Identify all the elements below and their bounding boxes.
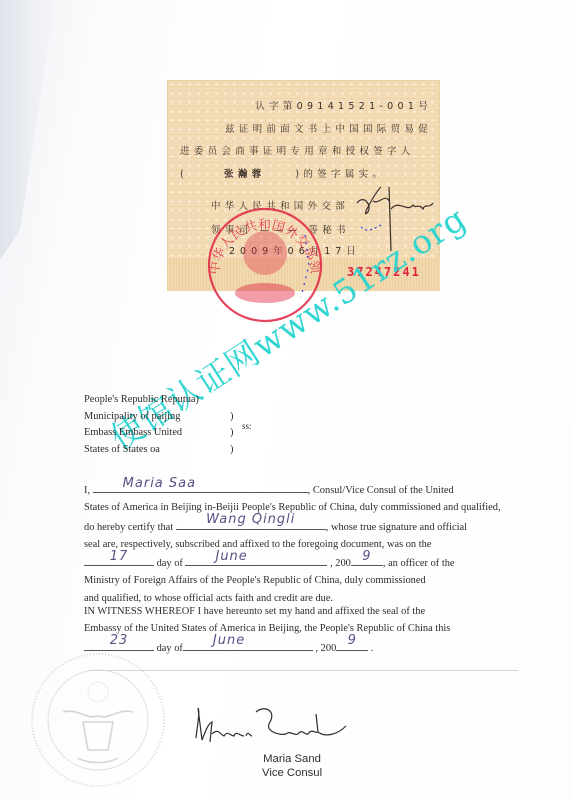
official-name-handwritten: Wang Qingli — [176, 511, 326, 528]
cert-line-3-tail: , whose true signature and official — [326, 522, 467, 533]
month-handwritten: June — [215, 548, 327, 565]
certificate-text-line-2: 兹证明前面文书上中国国际贸易促 — [225, 121, 432, 135]
venue-embassy: Embass Embass United — [84, 427, 182, 438]
month-field: June — [185, 553, 327, 566]
official-name-field: Wang Qingli — [176, 517, 326, 530]
witness-line-1: IN WITNESS WHEREOF I have hereunto set m… — [84, 603, 546, 620]
year-prefix: , 200 — [330, 558, 351, 569]
venue-row: Embass Embass United) — [84, 425, 199, 442]
certificate-line-4-rest: )的签字属实。 — [295, 166, 386, 180]
year-digit-field: 9 — [351, 553, 383, 566]
cert-line-5: 17 day of June , 2009, an officer of the — [84, 553, 546, 572]
witness-paragraph: IN WITNESS WHEREOF I have hereunto set m… — [84, 603, 546, 657]
year-digit-handwritten: 9 — [351, 548, 383, 565]
venue-country: People's Republic Reputua) — [84, 394, 199, 405]
venue-row: Municipality of paijing)ss: — [84, 409, 199, 426]
day-of-label: day of — [157, 558, 183, 569]
cert-line-3-head: do hereby certify that — [84, 522, 173, 533]
us-embassy-seal-icon — [28, 650, 168, 790]
witness-month-field: June — [183, 638, 313, 651]
certificate-text-line-3: 进委员会商事证明专用章和授权签字人 — [180, 143, 415, 157]
venue-block: People's Republic Reputua) Municipality … — [84, 392, 199, 458]
venue-row: States of States oa) — [84, 442, 199, 459]
venue-bracket: ) — [230, 409, 233, 426]
certificate-text-line-4: (张瀚蓉)的签字属实。 — [180, 166, 386, 180]
cert-line-1: I, Maria Saa, Consul/Vice Consul of the … — [84, 480, 546, 499]
signer-name: Maria Sand — [262, 752, 322, 766]
cert-line-6: Ministry of Foreign Affairs of the Peopl… — [84, 572, 546, 589]
signer-block: Maria Sand Vice Consul — [262, 752, 322, 780]
consul-name-handwritten: Maria Saa — [123, 475, 308, 492]
cert-line-3: do hereby certify that Wang Qingli, whos… — [84, 517, 546, 536]
consul-name-field: Maria Saa — [93, 480, 308, 493]
venue-row: People's Republic Reputua) — [84, 392, 199, 409]
vice-consul-signature — [190, 700, 350, 750]
certificate-reference-number: 认字第09141521-001号 — [255, 98, 432, 112]
witness-year-digit-handwritten: 9 — [336, 632, 368, 649]
consular-certification: People's Republic Reputua) Municipality … — [60, 380, 550, 680]
venue-states: States of States oa — [84, 444, 160, 455]
witness-year-prefix: , 200 — [315, 643, 336, 654]
intro-word: I, — [84, 485, 90, 496]
venue-ss: ss: — [242, 418, 252, 435]
signatory-name: 张瀚蓉 — [224, 166, 265, 180]
witness-year-digit-field: 9 — [336, 638, 368, 651]
day-handwritten: 17 — [84, 548, 154, 565]
open-paren: ( — [180, 169, 188, 180]
certification-paragraph: I, Maria Saa, Consul/Vice Consul of the … — [84, 480, 546, 607]
venue-municipality: Municipality of paijing — [84, 411, 180, 422]
witness-month-handwritten: June — [213, 632, 313, 649]
witness-day-handwritten: 23 — [84, 632, 154, 649]
venue-bracket: ) — [230, 442, 233, 459]
cert-line-5-tail: , an officer of the — [383, 558, 455, 569]
witness-day-field: 23 — [84, 638, 154, 651]
day-field: 17 — [84, 553, 154, 566]
cert-line-1-tail: , Consul/Vice Consul of the United — [308, 485, 454, 496]
witness-end: . — [371, 643, 374, 654]
signer-title: Vice Consul — [262, 766, 322, 780]
venue-bracket: ) — [230, 425, 233, 442]
